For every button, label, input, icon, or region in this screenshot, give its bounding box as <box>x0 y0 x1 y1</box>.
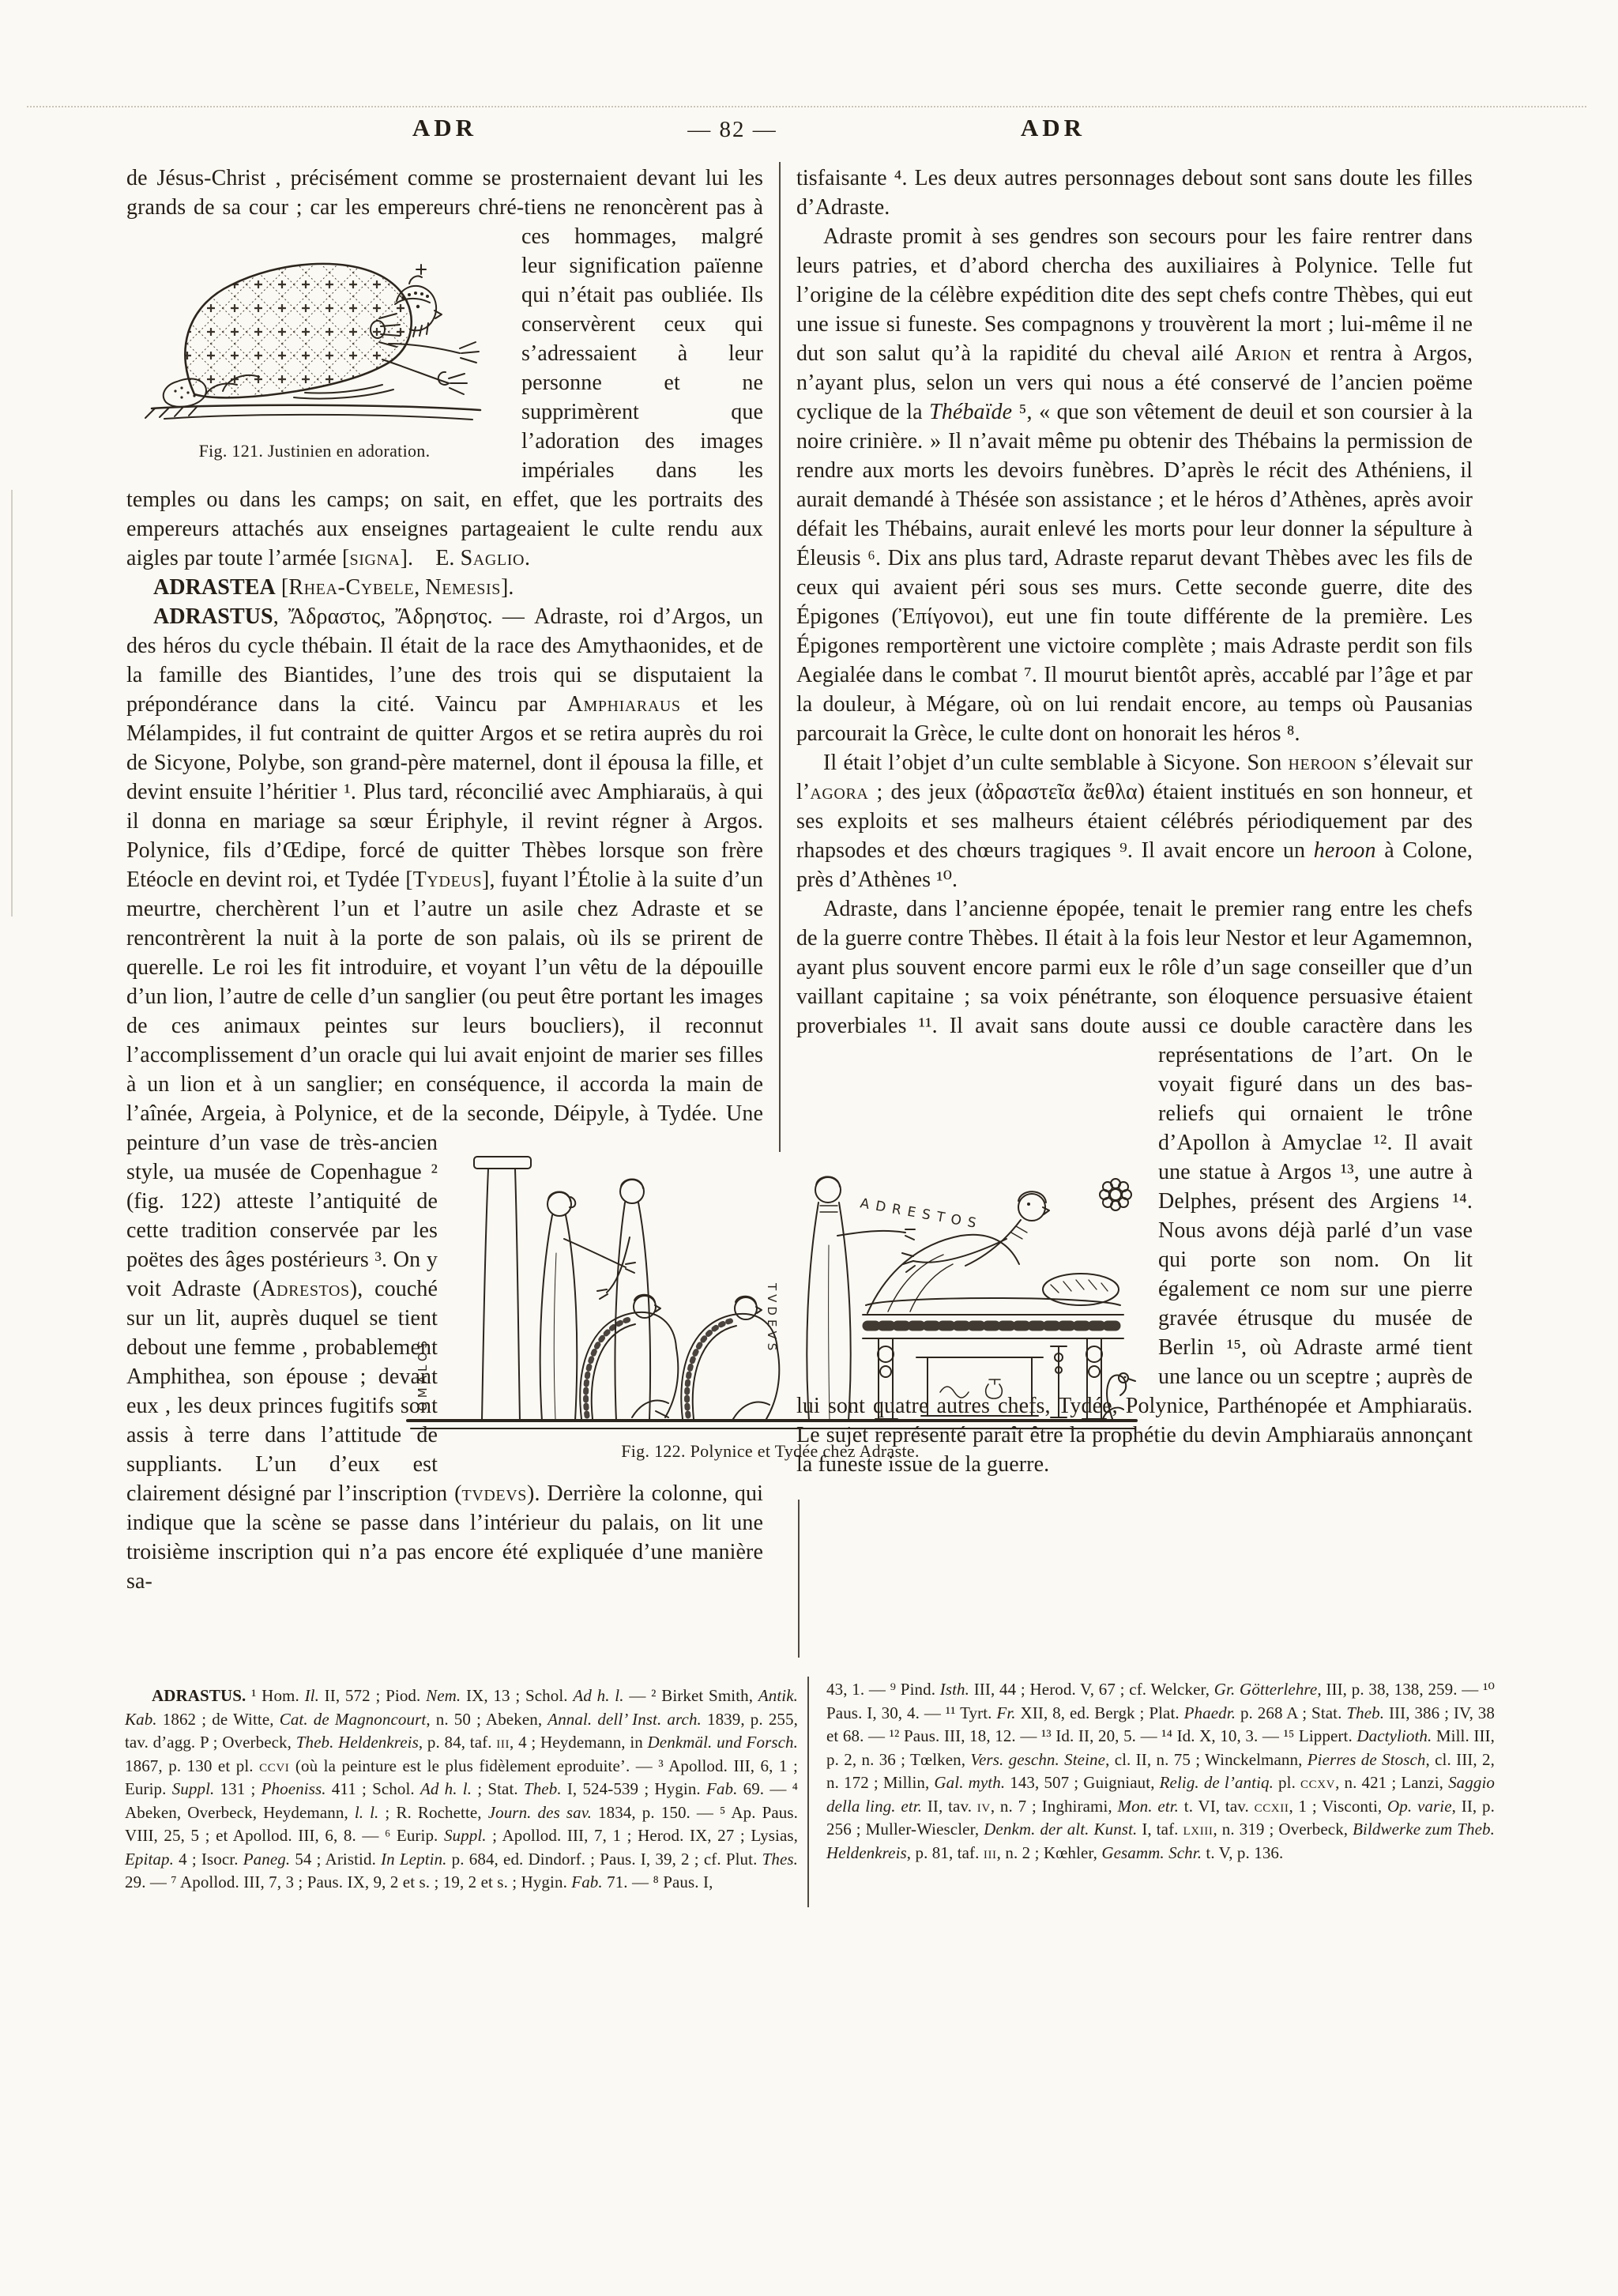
page-number: — 82 — <box>642 117 823 143</box>
paragraph-continuation: tisfaisante ⁴. Les deux autres personnag… <box>796 164 1473 222</box>
figure-122: ADRESTOS OMALOS TVDEVS Fig. 122. Polynic… <box>395 1150 1146 1462</box>
column-divider-bottom <box>798 1500 800 1658</box>
book-page: ADR — 82 — ADR de Jésus-Christ , précisé… <box>0 0 1618 2296</box>
rosette-ornament <box>1100 1179 1131 1210</box>
scan-artifact-edge <box>11 490 13 917</box>
footnotes-left: ADRASTUS. ¹ Hom. Il. II, 572 ; Piod. Nem… <box>125 1684 798 1895</box>
paragraph-justinien: de Jésus-Christ , précisément comme se p… <box>126 164 763 573</box>
footnotes-right: 43, 1. — ⁹ Pind. Isth. III, 44 ; Herod. … <box>826 1678 1495 1865</box>
footnote-text: 43, 1. — ⁹ Pind. Isth. III, 44 ; Herod. … <box>826 1680 1495 1862</box>
figure-121: Fig. 121. Justinien en adoration. <box>128 225 501 461</box>
entry-text: ADRASTUS, Ἄδραστος, Ἄδρηστος. — Adraste,… <box>126 604 763 1126</box>
figure-122-caption: Fig. 122. Polynice et Tydée chez Adraste… <box>395 1441 1146 1462</box>
entry-adrastea: ADRASTEA [Rhea-Cybele, Nemesis]. <box>126 573 763 602</box>
running-head-left: ADR <box>370 114 520 142</box>
scan-artifact-line <box>27 106 1586 107</box>
inscription-tydeus: TVDEVS <box>765 1282 779 1354</box>
inscription-omalos: OMALOS <box>416 1337 430 1411</box>
figure-122-engraving: ADRESTOS OMALOS TVDEVS <box>395 1150 1146 1435</box>
paragraph-expedition: Adraste promit à ses gendres son secours… <box>796 222 1473 748</box>
paragraph-culte: Il était l’objet d’un culte semblable à … <box>796 748 1473 894</box>
paragraph-text: Il était l’objet d’un culte semblable à … <box>796 751 1473 892</box>
figure-121-caption: Fig. 121. Justinien en adoration. <box>128 441 501 461</box>
figure-121-engraving <box>128 225 499 435</box>
paragraph-text: Adraste promit à ses gendres son secours… <box>796 224 1473 746</box>
column-divider-footnotes <box>807 1677 809 1907</box>
column-divider-top <box>779 162 781 1152</box>
running-head-right: ADR <box>978 114 1128 142</box>
paragraph-text: tisfaisante ⁴. Les deux autres personnag… <box>796 166 1473 220</box>
entry-text: ADRASTEA [Rhea-Cybele, Nemesis]. <box>153 575 514 600</box>
inscription-adrestos: ADRESTOS <box>859 1195 984 1233</box>
footnote-text: ADRASTUS. ¹ Hom. Il. II, 572 ; Piod. Nem… <box>125 1686 798 1891</box>
